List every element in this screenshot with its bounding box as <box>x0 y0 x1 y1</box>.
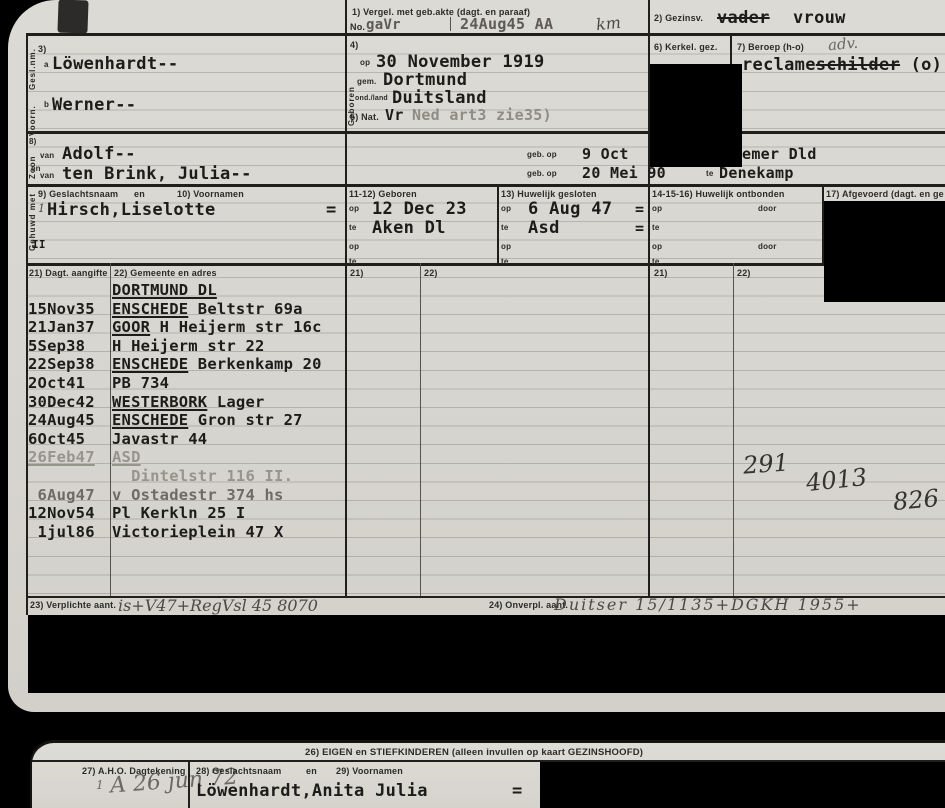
father-name: Adolf-- <box>62 144 136 164</box>
field13-label: 13) Huwelijk gesloten <box>501 189 597 199</box>
spouse-row-mark: 1 <box>38 202 45 215</box>
address-text: WESTERBORK Lager <box>112 393 265 412</box>
address-date: 6Oct45 <box>28 430 112 449</box>
field2-label: 2) Gezinsv. <box>654 13 703 23</box>
municipality-name: GOOR <box>112 318 150 336</box>
mother-gebop-label: geb. op <box>527 169 557 178</box>
address-text: ENSCHEDE Beltstr 69a <box>112 300 303 319</box>
handwritten-number-1: 291 <box>742 448 790 479</box>
father-birthdate: 9 Oct <box>582 145 629 163</box>
born-country-label: ond./land <box>355 95 388 102</box>
address-text: Victorieplein 47 X <box>112 523 284 542</box>
address-date: 15Nov35 <box>28 300 112 319</box>
address-row: 6Aug47v Ostadestr 374 hs <box>28 486 348 505</box>
address-row: 22Sep38ENSCHEDE Berkenkamp 20 <box>28 355 348 374</box>
address-date: 2Oct41 <box>28 374 112 393</box>
address-text: Pl Kerkln 25 I <box>112 504 245 523</box>
field2-value: vrouw <box>793 8 846 28</box>
document-scan-page: 1) Vergel. met geb.akte (dagt. en paraaf… <box>0 0 945 808</box>
born-gem-label: gem. <box>357 77 376 86</box>
wedding-eq1-mark: = <box>635 200 644 218</box>
birth-place-value: Dortmund <box>383 70 467 90</box>
firstname-letter: b <box>44 100 49 109</box>
field24-handwriting: Duitser 15/1135+DGKH 1955+ <box>554 595 862 614</box>
wedding-te-label: te <box>501 223 509 232</box>
birth-date-value: 30 November 1919 <box>376 52 545 72</box>
field28-label: 28) Geslachtsnaam <box>196 766 281 776</box>
address-date: 6Aug47 <box>28 486 112 505</box>
municipality-name: DORTMUND DL <box>112 281 217 299</box>
field23-handwriting: is+V47+RegVsl 45 8070 <box>118 596 318 615</box>
address-date-header-3: 21) <box>654 268 668 278</box>
surname-letter: a <box>44 60 49 69</box>
grid-line <box>450 17 451 31</box>
spouse-equals-mark: = <box>326 200 337 220</box>
field14-16-label: 14-15-16) Huwelijk ontbonden <box>652 189 785 199</box>
spouse-born-te-label: te <box>349 223 357 232</box>
firstname-side-label: Voorn. <box>28 98 37 136</box>
redaction-box <box>824 201 945 302</box>
address-row: 1jul86Victorieplein 47 X <box>28 523 348 542</box>
spouse-born-te2-label: te <box>349 257 357 266</box>
field1-no-label: No. <box>350 22 365 32</box>
redaction-box <box>650 64 742 167</box>
grid-line <box>26 33 945 36</box>
redaction-box <box>28 615 945 693</box>
field11-12-label: 11-12) Geboren <box>349 189 417 199</box>
address-date: 24Aug45 <box>28 411 112 430</box>
address-date: 12Nov54 <box>28 504 112 523</box>
spouse-birthdate: 12 Dec 23 <box>372 199 467 219</box>
address-row: 2Oct41PB 734 <box>28 374 348 393</box>
field28-en-label: en <box>306 766 317 776</box>
nationality-stamp: Ned art3 zie35) <box>412 106 552 124</box>
redaction-box <box>540 762 945 808</box>
mother-te-label: te <box>706 169 714 178</box>
divorce-door1-label: door <box>758 204 777 213</box>
municipality-name: ENSCHEDE <box>112 411 188 429</box>
field23-label: 23) Verplichte aant. <box>30 600 116 610</box>
divorce-te2-label: te <box>652 257 660 266</box>
wedding-date: 6 Aug 47 <box>528 199 612 219</box>
address-row: Dintelstr 116 II. <box>28 467 348 486</box>
field5-nat-label: 5) Nat. <box>350 112 379 122</box>
grid-line <box>648 0 650 35</box>
address-row: 24Aug45ENSCHEDE Gron str 27 <box>28 411 348 430</box>
address-row: 21Jan37GOOR H Heijerm str 16c <box>28 318 348 337</box>
firstname-value: Werner-- <box>52 95 136 115</box>
job-handwriting: adv. <box>827 34 858 55</box>
divorce-door2-label: door <box>758 242 777 251</box>
surname-side-label: Gesl.nm. <box>28 46 37 90</box>
divorce-te-label: te <box>652 223 660 232</box>
address-date-header-2: 21) <box>350 268 364 278</box>
born-op-label: op <box>360 58 370 67</box>
grid-line <box>497 184 499 265</box>
field29-label: 29) Voornamen <box>336 766 403 776</box>
son-side-label: Zoon <box>28 147 37 179</box>
spouse-birthplace: Aken Dl <box>372 218 446 238</box>
field2-value-struck: vader <box>717 8 770 28</box>
address-text: GOOR H Heijerm str 16c <box>112 318 322 337</box>
father-gebop-label: geb. op <box>527 150 557 159</box>
municipality-name: WESTERBORK <box>112 393 207 411</box>
address-date: 30Dec42 <box>28 393 112 412</box>
birth-country-value: Duitsland <box>392 88 487 108</box>
address-text: PB 734 <box>112 374 169 393</box>
field8-number: 8) <box>29 137 37 146</box>
address-text: Dintelstr 116 II. <box>112 467 293 486</box>
wedding-te2-label: te <box>501 257 509 266</box>
wedding-place: Asd <box>528 218 560 238</box>
grid-line <box>26 263 945 266</box>
address-text: H Heijerm str 22 <box>112 337 265 356</box>
field1-date-value: 24Aug45 AA <box>460 15 553 33</box>
child-equals-mark: = <box>512 781 523 801</box>
child-name: Löwenhardt,Anita Julia <box>196 781 428 801</box>
field17-label: 17) Afgevoerd (dagt. en gem. <box>826 189 944 199</box>
field9-label: 9) Geslachtsnaam <box>38 189 118 199</box>
address-text: Javastr 44 <box>112 430 207 449</box>
municipality-name: ASD <box>112 448 141 466</box>
address-row: 15Nov35ENSCHEDE Beltstr 69a <box>28 300 348 319</box>
divorce-op2-label: op <box>652 242 662 251</box>
address-row: 6Oct45Javastr 44 <box>28 430 348 449</box>
spouse-born-op2-label: op <box>349 242 359 251</box>
address-date <box>28 467 112 486</box>
field1-no-value: gaVr <box>366 17 401 33</box>
address-addr-header: 22) Gemeente en adres <box>114 268 217 278</box>
address-text: v Ostadestr 374 hs <box>112 486 284 505</box>
mother-van-label: van <box>40 171 54 180</box>
address-list: DORTMUND DL15Nov35ENSCHEDE Beltstr 69a21… <box>28 281 348 541</box>
address-date: 5Sep38 <box>28 337 112 356</box>
grid-line <box>345 0 347 35</box>
address-date: 21Jan37 <box>28 318 112 337</box>
job-value-post: (o) <box>900 55 942 75</box>
address-text: ENSCHEDE Berkenkamp 20 <box>112 355 322 374</box>
field6-label: 6) Kerkel. gez. <box>654 42 718 52</box>
scan-smudge <box>57 0 88 34</box>
address-text: ASD <box>112 448 141 467</box>
address-date: 1jul86 <box>28 523 112 542</box>
field1-paraaf-handwriting: km <box>595 13 622 34</box>
field9-en-label: en <box>134 189 145 199</box>
nationality-value: Vr <box>385 106 404 124</box>
job-value-struck: schilder <box>816 55 900 75</box>
wedding-op2-label: op <box>501 242 511 251</box>
spouse-name: Hirsch,Liselotte <box>47 200 216 220</box>
address-text: ENSCHEDE Gron str 27 <box>112 411 303 430</box>
father-birthplace-fragment: emer Dld <box>742 145 817 163</box>
address-date: 22Sep38 <box>28 355 112 374</box>
handwritten-number-3: 826 <box>892 484 940 516</box>
address-row: 26Feb47ASD <box>28 448 348 467</box>
address-date <box>28 281 112 300</box>
spouse-born-op-label: op <box>349 204 359 213</box>
address-row: 30Dec42WESTERBORK Lager <box>28 393 348 412</box>
wedding-op-label: op <box>501 204 511 213</box>
field3-number: 3) <box>38 44 46 54</box>
job-value: reclameschilder (o) <box>742 55 942 75</box>
address-date-header: 21) Dagt. aangifte <box>29 268 108 278</box>
grid-line <box>26 184 945 187</box>
grid-line <box>733 263 734 596</box>
address-addr-header-3: 22) <box>737 268 751 278</box>
address-date: 26Feb47 <box>28 448 112 467</box>
divorce-op-label: op <box>652 204 662 213</box>
surname-value: Löwenhardt-- <box>52 54 178 74</box>
municipality-name: ENSCHEDE <box>112 300 188 318</box>
wedding-eq2-mark: = <box>635 219 644 237</box>
mother-name: ten Brink, Julia-- <box>62 164 252 184</box>
grid-line <box>26 131 945 134</box>
address-addr-header-2: 22) <box>424 268 438 278</box>
field7-label: 7) Beroep (h-o) <box>737 42 804 52</box>
field10-label: 10) Voornamen <box>177 189 244 199</box>
address-row: DORTMUND DL <box>28 281 348 300</box>
municipality-name: ENSCHEDE <box>112 355 188 373</box>
field26-header: 26) EIGEN en STIEFKINDEREN (alleen invul… <box>305 747 643 758</box>
spouse-row2-mark: II <box>32 238 46 251</box>
grid-line <box>420 263 421 596</box>
father-van-label: van <box>40 151 54 160</box>
address-row: 5Sep38H Heijerm str 22 <box>28 337 348 356</box>
address-row: 12Nov54Pl Kerkln 25 I <box>28 504 348 523</box>
field27-mark: 1 <box>96 778 104 792</box>
address-text: DORTMUND DL <box>112 281 217 300</box>
field4-number: 4) <box>350 40 358 50</box>
job-value-pre: reclame <box>742 55 816 75</box>
